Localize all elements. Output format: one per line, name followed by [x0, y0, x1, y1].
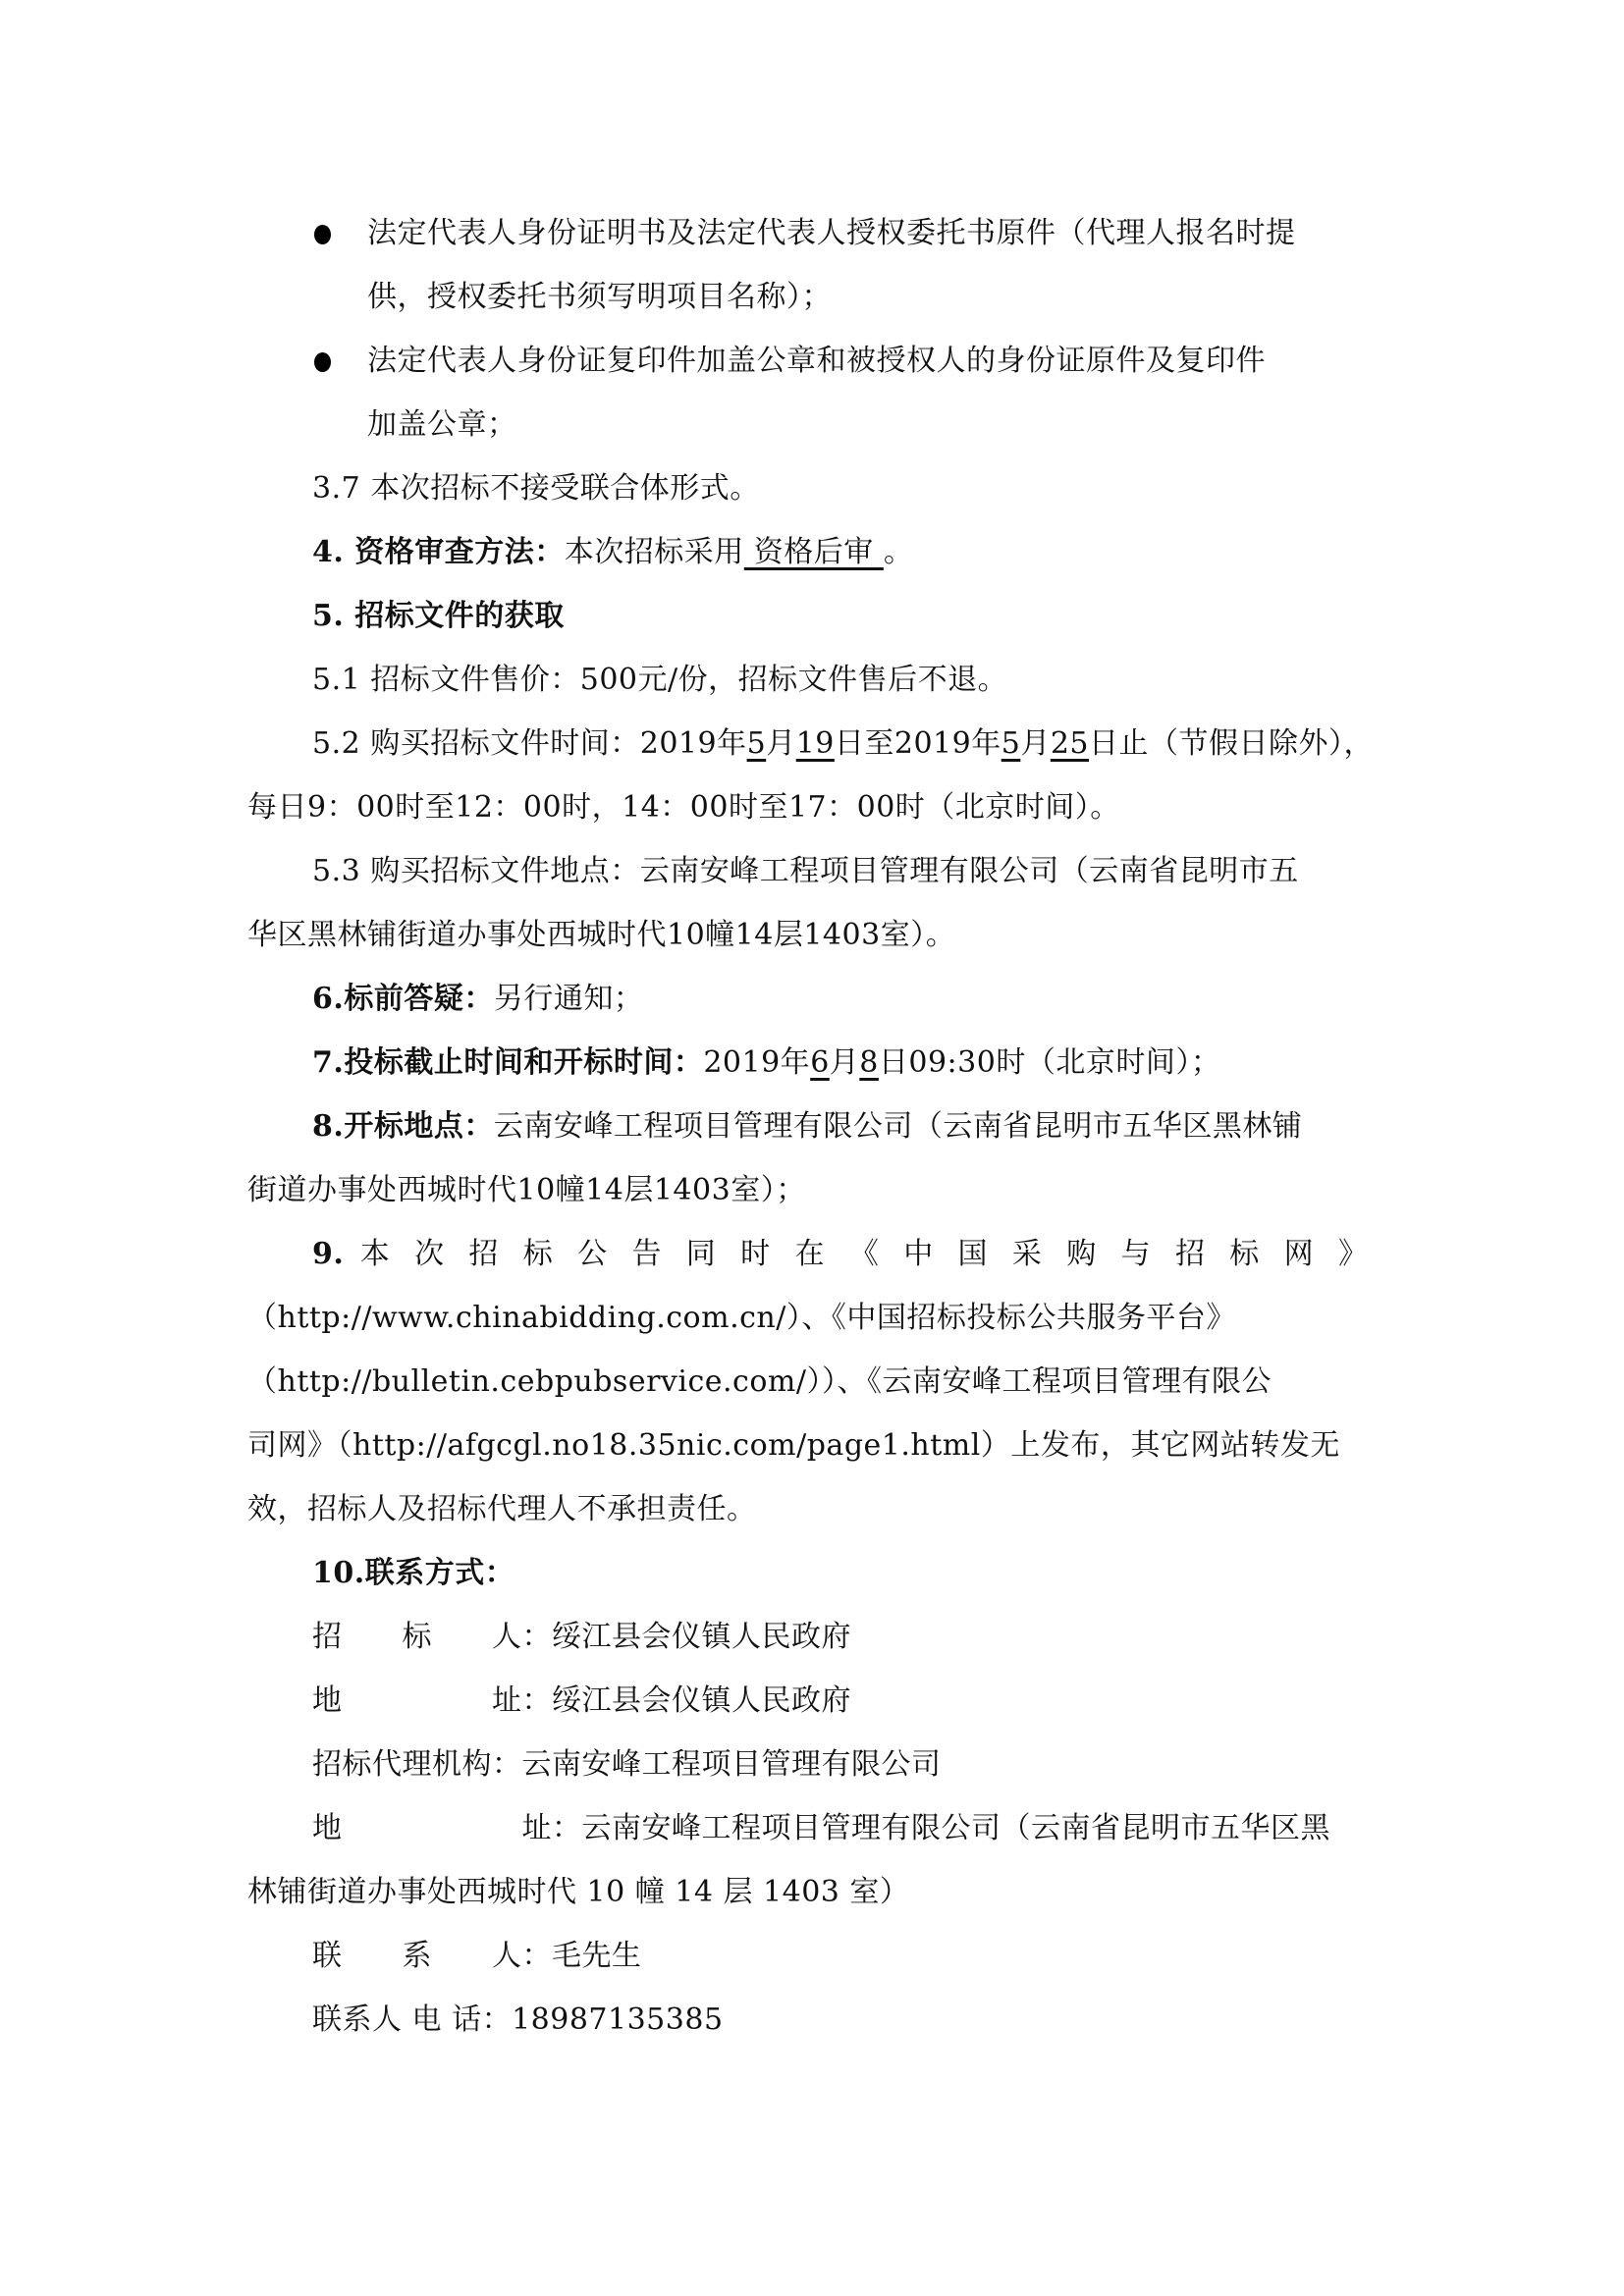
- contact-value: 毛先生: [552, 1939, 642, 1973]
- underlined-value: 8: [859, 1045, 879, 1080]
- section-5-heading: 5. 招标文件的获取: [247, 584, 1386, 648]
- section-heading: 6.标前答疑：: [312, 982, 494, 1016]
- text: 2019年: [703, 1045, 810, 1080]
- section-text: 。: [884, 535, 914, 569]
- section-5-2-cont: 每日9：00时至12：00时，14：00时至17：00时（北京时间）。: [247, 775, 1386, 839]
- contact-row-agency-address: 地 址：云南安峰工程项目管理有限公司（云南省昆明市五华区黑: [247, 1796, 1386, 1860]
- section-4: 4. 资格审查方法：本次招标采用 资格后审 。: [247, 520, 1386, 584]
- section-10-heading: 10.联系方式：: [247, 1541, 1386, 1605]
- contact-label: 地 址：: [312, 1669, 552, 1733]
- text: 日止（节假日除外），: [1089, 726, 1374, 761]
- contact-row-phone: 联系人 电 话：18987135385: [247, 1988, 1386, 2052]
- section-text: 本次招标采用: [565, 535, 744, 569]
- contact-row-tenderer: 招 标 人：绥江县会仪镇人民政府: [247, 1605, 1386, 1669]
- text: 月: [766, 726, 796, 761]
- contact-row-agency-address-cont: 林铺街道办事处西城时代 10 幢 14 层 1403 室）: [247, 1860, 1386, 1924]
- bullet-text: 法定代表人身份证复印件加盖公章和被授权人的身份证原件及复印件: [367, 344, 1266, 378]
- section-heading: 4. 资格审查方法：: [312, 535, 565, 569]
- underlined-value: 资格后审: [744, 535, 884, 569]
- section-5-1: 5.1 招标文件售价：500元/份，招标文件售后不退。: [247, 648, 1386, 712]
- section-9-link-1: （http://www.chinabidding.com.cn/）、《中国招标投…: [247, 1286, 1386, 1350]
- contact-row-agency: 招标代理机构：云南安峰工程项目管理有限公司: [247, 1733, 1386, 1796]
- document-page: 法定代表人身份证明书及法定代表人授权委托书原件（代理人报名时提 供，授权委托书须…: [247, 201, 1386, 2052]
- section-3-7: 3.7 本次招标不接受联合体形式。: [247, 456, 1386, 520]
- section-5-3-cont: 华区黑林铺街道办事处西城时代10幢14层1403室）。: [247, 903, 1386, 967]
- section-8: 8.开标地点：云南安峰工程项目管理有限公司（云南省昆明市五华区黑林铺: [247, 1095, 1386, 1158]
- section-text: 另行通知；: [494, 982, 644, 1016]
- underlined-value: 6: [810, 1045, 830, 1080]
- text: 月: [830, 1045, 860, 1080]
- section-heading: 7.投标截止时间和开标时间：: [312, 1045, 703, 1080]
- contact-row-person: 联 系 人：毛先生: [247, 1924, 1386, 1988]
- contact-label: 招标代理机构：: [312, 1733, 522, 1796]
- underlined-value: 25: [1051, 726, 1089, 761]
- section-9-cont: 效，招标人及招标代理人不承担责任。: [247, 1477, 1386, 1541]
- contact-row-address: 地 址：绥江县会仪镇人民政府: [247, 1669, 1386, 1733]
- section-5-2: 5.2 购买招标文件时间：2019年5月19日至2019年5月25日止（节假日除…: [247, 712, 1386, 775]
- underlined-value: 5: [747, 726, 767, 761]
- contact-value: 18987135385: [512, 2002, 723, 2037]
- text: 日至2019年: [835, 726, 1001, 761]
- section-5-3: 5.3 购买招标文件地点：云南安峰工程项目管理有限公司（云南省昆明市五: [247, 839, 1386, 903]
- bullet-item-1-cont: 供，授权委托书须写明项目名称）；: [247, 265, 1386, 329]
- section-heading: 8.开标地点：: [312, 1109, 494, 1144]
- section-8-cont: 街道办事处西城时代10幢14层1403室）；: [247, 1158, 1386, 1222]
- underlined-value: 19: [796, 726, 835, 761]
- bullet-item-2: 法定代表人身份证复印件加盖公章和被授权人的身份证原件及复印件: [247, 329, 1386, 393]
- section-9-link-2: （http://bulletin.cebpubservice.com/））、《云…: [247, 1350, 1386, 1414]
- contact-label: 地 址：: [312, 1796, 582, 1860]
- text: 5.2 购买招标文件时间：2019年: [312, 726, 747, 761]
- section-7: 7.投标截止时间和开标时间：2019年6月8日09:30时（北京时间）；: [247, 1031, 1386, 1095]
- contact-label: 联系人 电 话：: [312, 1988, 512, 2052]
- section-9-link-3: 司网》（http://afgcgl.no18.35nic.com/page1.h…: [247, 1414, 1386, 1477]
- contact-label: 联 系 人：: [312, 1924, 552, 1988]
- section-heading: 9.: [312, 1237, 344, 1271]
- section-9: 9. 本次招标公告同时在《中国采购与招标网》: [247, 1222, 1386, 1286]
- contact-value: 绥江县会仪镇人民政府: [552, 1620, 851, 1654]
- text: 日09:30时（北京时间）；: [879, 1045, 1220, 1080]
- section-6: 6.标前答疑：另行通知；: [247, 967, 1386, 1031]
- section-text: 云南安峰工程项目管理有限公司（云南省昆明市五华区黑林铺: [494, 1109, 1303, 1144]
- contact-label: 招 标 人：: [312, 1605, 552, 1669]
- text: 月: [1020, 726, 1051, 761]
- underlined-value: 5: [1001, 726, 1021, 761]
- contact-value: 绥江县会仪镇人民政府: [552, 1683, 851, 1718]
- bullet-text: 法定代表人身份证明书及法定代表人授权委托书原件（代理人报名时提: [367, 216, 1296, 250]
- bullet-icon: [314, 352, 331, 372]
- bullet-item-1: 法定代表人身份证明书及法定代表人授权委托书原件（代理人报名时提: [247, 201, 1386, 265]
- bullet-item-2-cont: 加盖公章；: [247, 393, 1386, 456]
- section-text: 本次招标公告同时在《中国采购与招标网》: [360, 1237, 1386, 1271]
- contact-value: 云南安峰工程项目管理有限公司: [522, 1747, 942, 1782]
- contact-value: 云南安峰工程项目管理有限公司（云南省昆明市五华区黑: [582, 1811, 1331, 1845]
- bullet-icon: [314, 225, 331, 244]
